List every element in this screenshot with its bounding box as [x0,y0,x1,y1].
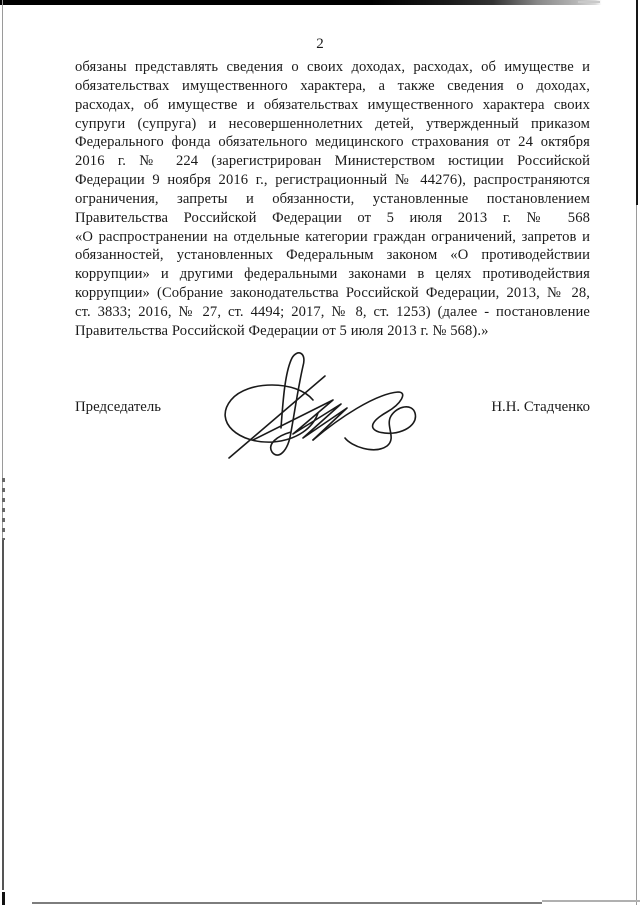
body-text-line: 2016 г. № 224 (зарегистрирован Министерс… [75,152,590,171]
scan-artifact-left-line-thick [2,540,4,890]
handwritten-signature-icon [195,348,435,468]
body-text-line: ст. 3833; 2016, № 27, ст. 4494; 2017, № … [75,303,590,322]
scan-artifact-top-bar [0,0,640,5]
body-text-line: коррупции» и другими федеральными закона… [75,265,590,284]
scan-artifact-bottom-line-right [542,900,640,902]
signer-name: Н.Н. Стадченко [491,399,590,416]
body-text-line: Правительства Российской Федерации от 5 … [75,322,590,341]
scan-artifact-left-line [2,0,3,545]
scan-artifact-right-line-bottom [636,205,637,905]
scan-artifact-right-line-top [636,0,638,205]
scan-artifact-top-bar-right [578,1,600,3]
scan-artifact-bottom-line [32,902,542,904]
signature-block: Председатель Н.Н. Стадченко [75,399,590,419]
body-text-line: расходах, об имуществе и обязательствах … [75,96,590,115]
body-text-line: Федерации 9 ноября 2016 г., регистрацион… [75,171,590,190]
body-text-line: Правительства Российской Федерации от 5 … [75,209,590,228]
scan-artifact-left-dashes [2,478,5,540]
body-text-line: коррупции» (Собрание законодательства Ро… [75,284,590,303]
body-text-line: обязательствах имущественного характера,… [75,77,590,96]
body-text-line: ограничения, запреты и обязанности, уста… [75,190,590,209]
signer-role-label: Председатель [75,399,161,416]
body-text-line: Федерального фонда обязательного медицин… [75,133,590,152]
page-number: 2 [0,36,640,53]
body-paragraph: обязаны представлять сведения о своих до… [75,58,590,341]
body-text-line: «О распространении на отдельные категори… [75,228,590,247]
body-text-line: обязанностей, установленных Федеральным … [75,246,590,265]
body-text-line: обязаны представлять сведения о своих до… [75,58,590,77]
body-text-line: супруги (супруга) и несовершеннолетних д… [75,115,590,134]
scan-artifact-left-tick [2,892,5,905]
document-page: 2 обязаны представлять сведения о своих … [0,0,640,905]
